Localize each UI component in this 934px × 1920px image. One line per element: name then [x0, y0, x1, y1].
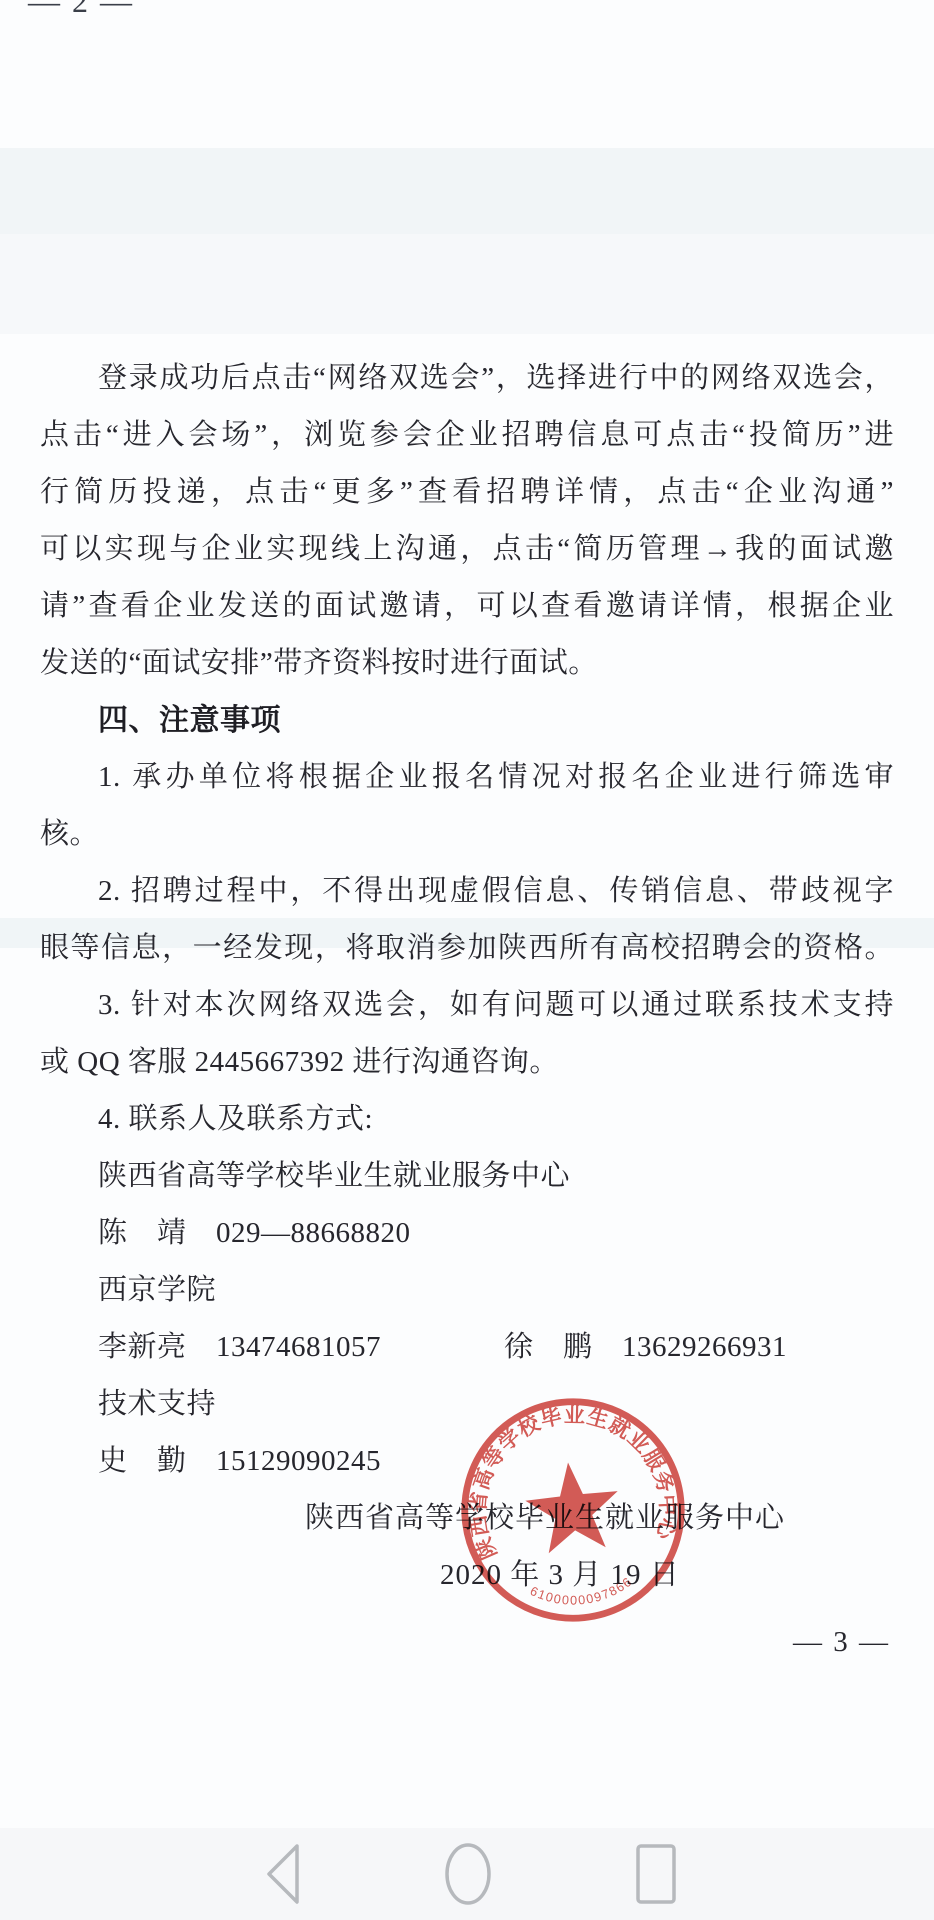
doc-line: 可以实现与企业实现线上沟通，点击“简历管理→我的面试邀: [40, 521, 894, 578]
contact-person: 徐 鹏 13629266931: [504, 1319, 787, 1376]
doc-line: 点击“进入会场”，浏览参会企业招聘信息可点击“投简历”进: [40, 407, 894, 464]
contact-org: 西京学院: [40, 1262, 894, 1319]
recents-square-icon: [634, 1842, 678, 1906]
doc-line: 1. 承办单位将根据企业报名情况对报名企业进行筛选审: [40, 749, 894, 806]
section-heading: 四、注意事项: [40, 692, 894, 749]
back-button[interactable]: [243, 1828, 323, 1920]
contact-person: 李新亮 13474681057: [98, 1319, 504, 1376]
signature-org: 陕西省高等学校毕业生就业服务中心: [40, 1490, 894, 1547]
doc-line: 核。: [40, 806, 894, 863]
doc-line: 行简历投递，点击“更多”查看招聘详情，点击“企业沟通”: [40, 464, 894, 521]
back-triangle-icon: [263, 1842, 303, 1906]
contact-line: 陈 靖 029—88668820: [40, 1205, 894, 1262]
doc-line: 请”查看企业发送的面试邀请，可以查看邀请详情，根据企业: [40, 578, 894, 635]
doc-line: 4. 联系人及联系方式:: [40, 1091, 894, 1148]
document-page: 登录成功后点击“网络双选会”，选择进行中的网络双选会， 点击“进入会场”，浏览参…: [0, 0, 934, 1671]
contact-org: 技术支持: [40, 1376, 894, 1433]
doc-line: 登录成功后点击“网络双选会”，选择进行中的网络双选会，: [40, 350, 894, 407]
doc-line: 3. 针对本次网络双选会，如有问题可以通过联系技术支持: [40, 977, 894, 1034]
android-navigation-bar: [0, 1828, 934, 1920]
home-button[interactable]: [428, 1828, 508, 1920]
signature-date: 2020 年 3 月 19 日: [40, 1547, 894, 1604]
doc-line: 或 QQ 客服 2445667392 进行沟通咨询。: [40, 1034, 894, 1091]
doc-line: 眼等信息，一经发现，将取消参加陕西所有高校招聘会的资格。: [40, 920, 894, 977]
doc-line: 2. 招聘过程中，不得出现虚假信息、传销信息、带歧视字: [40, 863, 894, 920]
doc-line: 发送的“面试安排”带齐资料按时进行面试。: [40, 635, 894, 692]
home-circle-icon: [442, 1840, 494, 1908]
page-number: — 3 —: [40, 1614, 894, 1671]
contact-org: 陕西省高等学校毕业生就业服务中心: [40, 1148, 894, 1205]
recents-button[interactable]: [616, 1828, 696, 1920]
contact-line: 李新亮 13474681057 徐 鹏 13629266931: [40, 1319, 894, 1376]
contact-line: 史 勤 15129090245: [40, 1433, 894, 1490]
